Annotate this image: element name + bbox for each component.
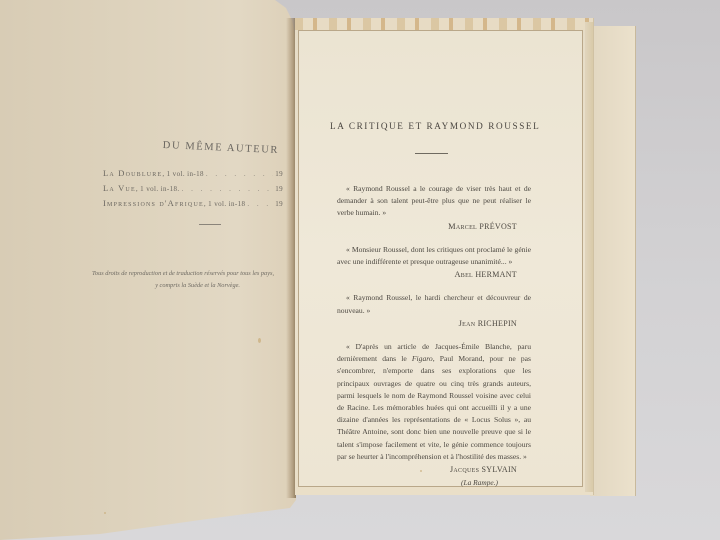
works-list: La Doublure , 1 vol. in-18 . . . . . . .… bbox=[103, 168, 283, 213]
quote-author: Jacques SYLVAIN bbox=[337, 464, 531, 476]
quote-source: (La Rampe.) bbox=[337, 477, 531, 489]
work-details: , 1 vol. in-18 bbox=[162, 170, 204, 178]
foxing-stain-top bbox=[295, 18, 593, 30]
author-first-name: Abel bbox=[454, 270, 473, 279]
leader-dots: . . . . . . bbox=[247, 200, 273, 208]
author-first-name: Marcel bbox=[448, 222, 477, 231]
author-first-name: Jacques bbox=[450, 465, 479, 474]
rights-line: Tous droits de reproduction et de traduc… bbox=[92, 268, 282, 280]
work-title: La Doublure bbox=[103, 168, 162, 178]
quote-author: Marcel PRÉVOST bbox=[337, 221, 531, 233]
quote-text: « D'après un article de Jacques-Émile Bl… bbox=[337, 341, 531, 463]
stain-spot bbox=[258, 338, 261, 343]
rights-line: y compris la Suède et la Norvège. bbox=[92, 280, 282, 292]
rights-notice: Tous droits de reproduction et de traduc… bbox=[92, 268, 282, 292]
quote-text-part: , Paul Morand, pour ne pas s'encombrer, … bbox=[337, 354, 531, 461]
page-block-edge bbox=[590, 26, 636, 496]
author-last-name: PRÉVOST bbox=[479, 222, 517, 231]
left-divider-rule bbox=[199, 224, 221, 225]
title-divider-rule bbox=[415, 153, 448, 154]
author-last-name: RICHEPIN bbox=[478, 319, 517, 328]
critiques-body: « Raymond Roussel a le courage de viser … bbox=[337, 183, 531, 489]
right-page-title: LA CRITIQUE ET RAYMOND ROUSSEL bbox=[330, 121, 590, 131]
quote-author: Jean RICHEPIN bbox=[337, 318, 531, 330]
leader-dots: . . . . . . . . . . . . bbox=[206, 170, 273, 178]
stain-spot bbox=[104, 512, 106, 514]
work-title: La Vue bbox=[103, 183, 136, 193]
author-last-name: SYLVAIN bbox=[482, 465, 517, 474]
author-last-name: HERMANT bbox=[475, 270, 517, 279]
work-item: La Doublure , 1 vol. in-18 . . . . . . .… bbox=[103, 168, 283, 183]
work-price: 19 bbox=[275, 170, 283, 178]
work-item: La Vue , 1 vol. in-18. . . . . . . . . .… bbox=[103, 183, 283, 198]
leader-dots: . . . . . . . . . . . . . . . bbox=[182, 185, 274, 193]
author-first-name: Jean bbox=[459, 319, 476, 328]
work-item: Impressions d'Afrique , 1 vol. in-18 . .… bbox=[103, 198, 283, 213]
work-price: 19 bbox=[275, 185, 283, 193]
work-details: , 1 vol. in-18 bbox=[204, 200, 246, 208]
quote-text: « Raymond Roussel, le hardi chercheur et… bbox=[337, 292, 531, 316]
quote-text: « Raymond Roussel a le courage de viser … bbox=[337, 183, 531, 220]
work-details: , 1 vol. in-18. bbox=[136, 185, 180, 193]
quote-text: « Monsieur Roussel, dont les critiques o… bbox=[337, 244, 531, 268]
quote-author: Abel HERMANT bbox=[337, 269, 531, 281]
work-price: 19 bbox=[275, 200, 283, 208]
publication-name: Figaro bbox=[412, 354, 433, 363]
right-page-edge bbox=[585, 22, 593, 492]
work-title: Impressions d'Afrique bbox=[103, 198, 204, 208]
stain-spot bbox=[420, 470, 422, 472]
